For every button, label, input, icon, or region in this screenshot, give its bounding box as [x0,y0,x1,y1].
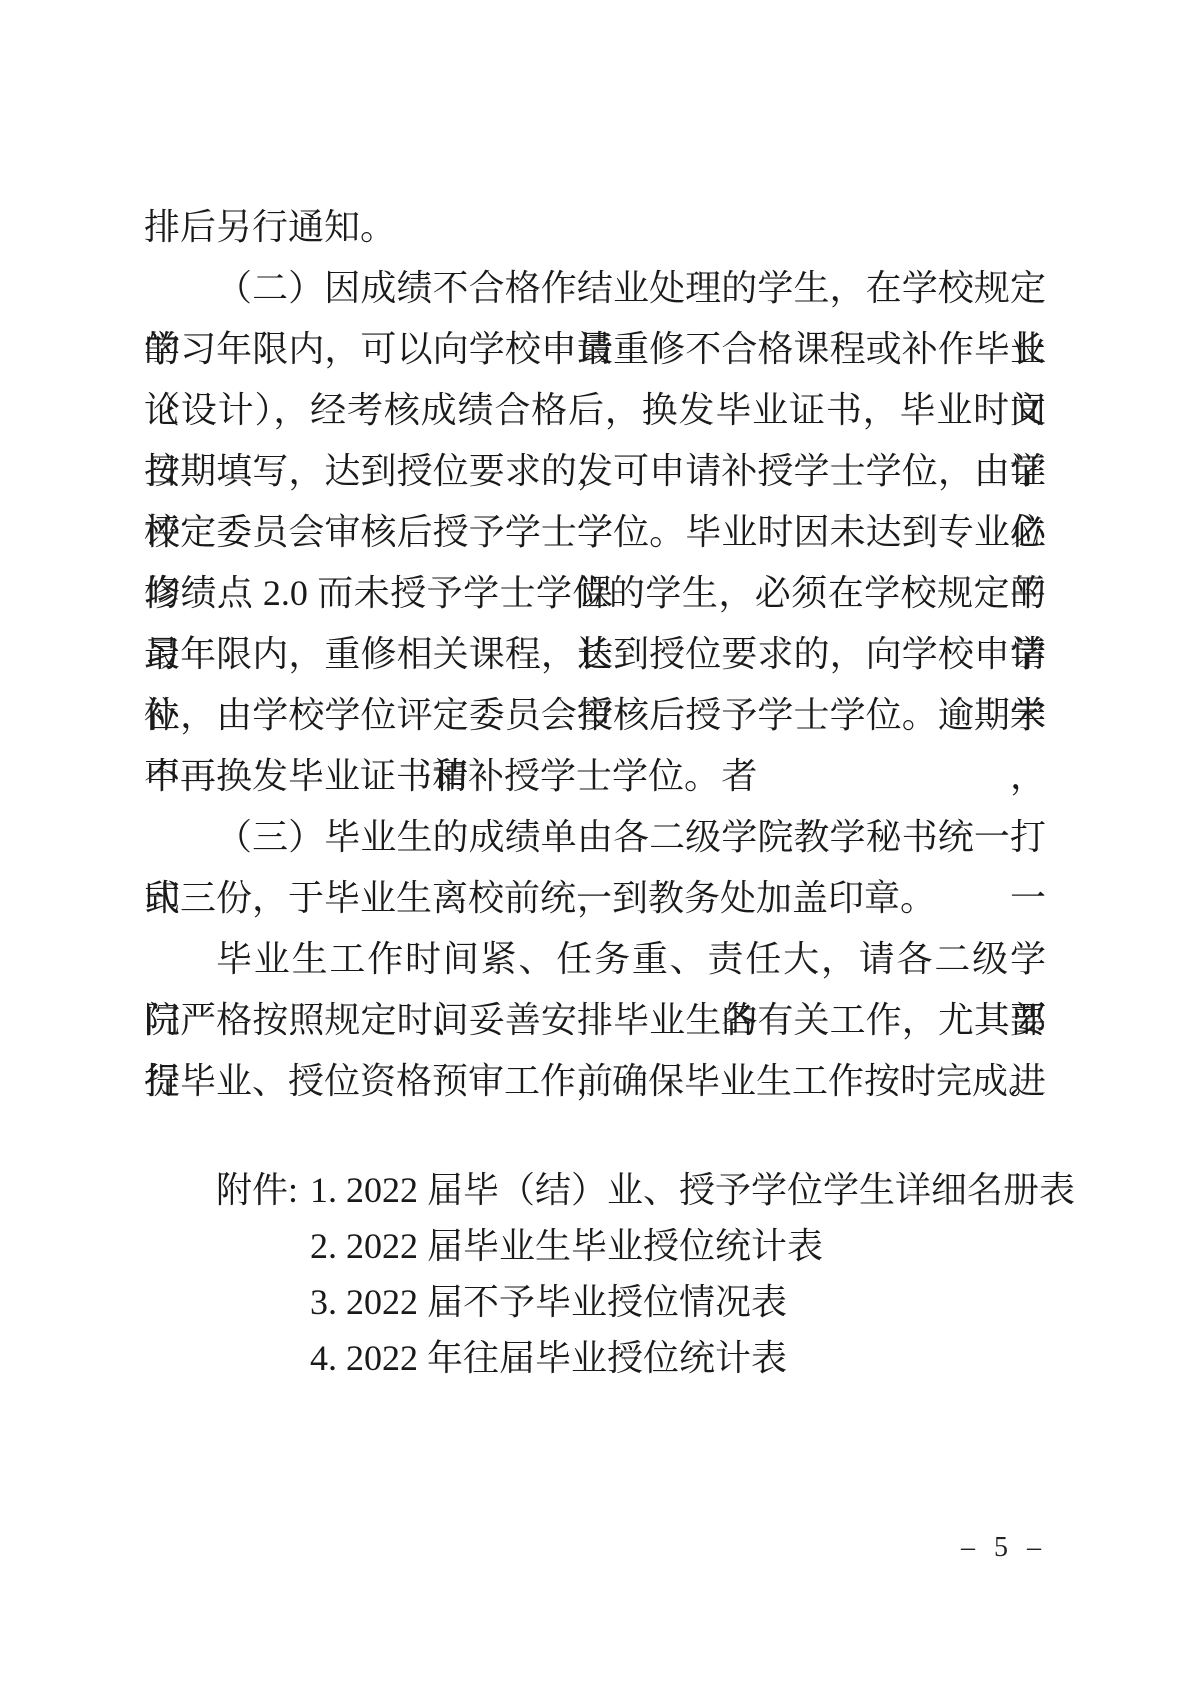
body-line: 位，由学校学位评定委员会审核后授予学士学位。逾期未申请者， [144,685,1046,746]
body-line: 行毕业、授位资格预审工作，确保毕业生工作按时完成。 [144,1051,1046,1112]
body-line: 学习年限内，可以向学校申请重修不合格课程或补作毕业论文 [144,319,1046,380]
attachments-label: 附件: [216,1162,310,1218]
page-number: – 5 – [961,1532,1047,1563]
document-body: 排后另行通知。 （二）因成绩不合格作结业处理的学生，在学校规定的最长 学习年限内… [144,197,1046,1112]
body-line: 评定委员会审核后授予学士学位。毕业时因未达到专业必修课平 [144,502,1046,563]
page-footer: – 5 – [961,1533,1047,1563]
attachment-item: 4. 2022 年往届毕业授位统计表 [310,1330,1046,1386]
body-line: 门严格按照规定时间妥善安排毕业生的有关工作，尤其要提前进 [144,990,1046,1051]
attachment-item: 3. 2022 届不予毕业授位情况表 [310,1274,1046,1330]
body-line: 式三份，于毕业生离校前统一到教务处加盖印章。 [144,868,1046,929]
body-line: （三）毕业生的成绩单由各二级学院教学秘书统一打印，一 [144,807,1046,868]
body-line: 均绩点 2.0 而未授予学士学位的学生，必须在学校规定的最长学 [144,563,1046,624]
body-line: 排后另行通知。 [144,197,1046,258]
body-line: 日期填写，达到授位要求的，可申请补授学士学位，由学校学位 [144,441,1046,502]
body-line: 习年限内，重修相关课程，达到授位要求的，向学校申请补授学 [144,624,1046,685]
attachment-item: 2. 2022 届毕业生毕业授位统计表 [310,1218,1046,1274]
body-line: （设计），经考核成绩合格后，换发毕业证书，毕业时间按发证 [144,380,1046,441]
body-line: 毕业生工作时间紧、任务重、责任大，请各二级学院、各部 [144,929,1046,990]
attachments-block: 附件: 1. 2022 届毕（结）业、授予学位学生详细名册表 2. 2022 届… [216,1162,1046,1386]
body-line: （二）因成绩不合格作结业处理的学生，在学校规定的最长 [144,258,1046,319]
document-page: 排后另行通知。 （二）因成绩不合格作结业处理的学生，在学校规定的最长 学习年限内… [0,0,1191,1684]
attachment-item: 1. 2022 届毕（结）业、授予学位学生详细名册表 [310,1162,1075,1218]
